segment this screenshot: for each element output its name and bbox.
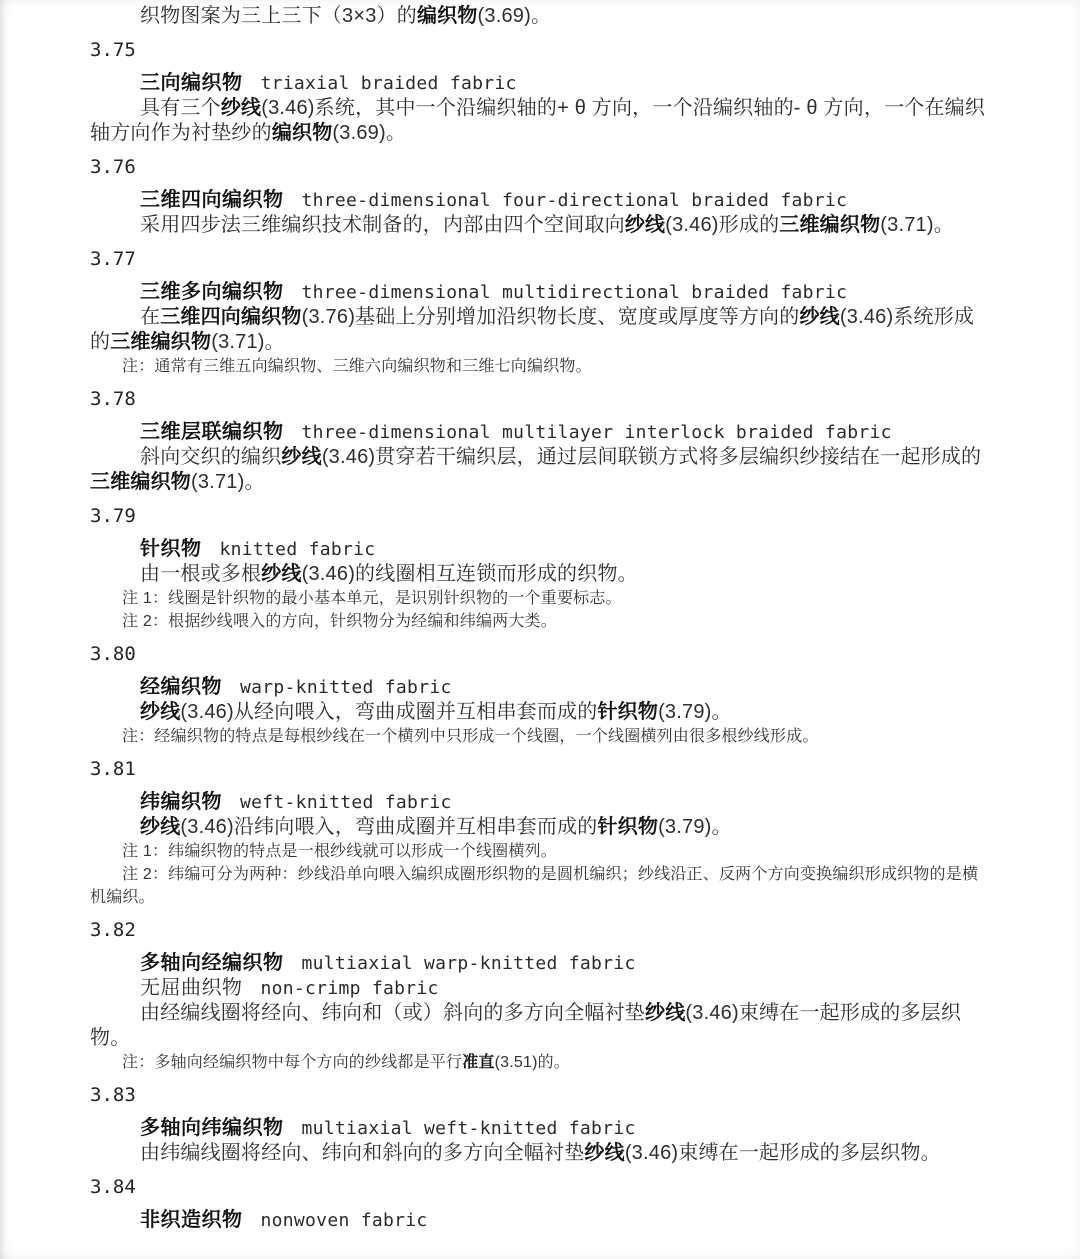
text-run: 注：通常有三维五向编织物、三维六向编织物和三维七向编织物。 — [122, 358, 592, 375]
term-headings: 针织物knitted fabric — [90, 537, 992, 562]
term-heading: 纬编织物weft-knitted fabric — [90, 790, 992, 815]
section-number: 3.75 — [90, 38, 992, 63]
term-section: 3.80 经编织物warp-knitted fabric 纱线(3.46)从经向… — [90, 642, 992, 748]
text-run: 注 1：线圈是针织物的最小基本单元，是识别针织物的一个重要标志。 — [122, 590, 622, 607]
term-en: nonwoven fabric — [261, 1210, 428, 1231]
term-heading: 三维四向编织物three-dimensional four-directiona… — [90, 188, 992, 213]
term-heading: 非织造织物nonwoven fabric — [90, 1208, 992, 1233]
term-headings: 三维四向编织物three-dimensional four-directiona… — [90, 188, 992, 213]
term-zh: 三向编织物 — [140, 72, 243, 94]
term-en: triaxial braided fabric — [261, 73, 517, 94]
note-line: 注：多轴向经编织物中每个方向的纱线都是平行准直(3.51)的。 — [90, 1051, 992, 1074]
definition-paragraphs: 具有三个纱线(3.46)系统，其中一个沿编织轴的+ θ 方向，一个沿编织轴的- … — [90, 96, 992, 146]
note-line: 注 1：纬编织物的特点是一根纱线就可以形成一个线圈横列。 — [90, 840, 992, 863]
text-run: 由经编线圈将经向、纬向和（或）斜向的多方向全幅衬垫 — [140, 1002, 645, 1024]
term-heading: 三维多向编织物three-dimensional multidirectiona… — [90, 280, 992, 305]
text-run: 由纬编线圈将经向、纬向和斜向的多方向全幅衬垫 — [140, 1142, 584, 1164]
text-run: 注 2：根据纱线喂入的方向，针织物分为经编和纬编两大类。 — [122, 613, 557, 630]
text-run: 由一根或多根 — [140, 563, 261, 585]
text-run: (3.51)的。 — [495, 1054, 570, 1071]
term-reference: 编织物 — [417, 5, 478, 27]
term-headings: 三维层联编织物three-dimensional multilayer inte… — [90, 420, 992, 445]
term-heading: 三维层联编织物three-dimensional multilayer inte… — [90, 420, 992, 445]
definition-paragraphs: 斜向交织的编织纱线(3.46)贯穿若干编织层，通过层间联锁方式将多层编织纱接结在… — [90, 445, 992, 495]
notes: 注：多轴向经编织物中每个方向的纱线都是平行准直(3.51)的。 — [90, 1051, 992, 1074]
text-run: (3.71)。 — [191, 471, 265, 493]
term-reference: 纱线 — [645, 1002, 685, 1024]
term-heading: 三向编织物triaxial braided fabric — [90, 71, 992, 96]
text-run: 注 2：纬编可分为两种：纱线沿单向喂入编织成圈形织物的是圆机编织；纱线沿正、反两… — [90, 866, 978, 906]
definition-paragraphs: 由纬编线圈将经向、纬向和斜向的多方向全幅衬垫纱线(3.46)束缚在一起形成的多层… — [90, 1141, 992, 1166]
term-en: three-dimensional multidirectional braid… — [302, 282, 848, 303]
term-reference: 纱线 — [140, 816, 180, 838]
term-en: non-crimp fabric — [261, 978, 439, 999]
term-section: 3.83 多轴向纬编织物multiaxial weft-knitted fabr… — [90, 1083, 992, 1166]
section-number: 3.81 — [90, 757, 992, 782]
text-run: 注：多轴向经编织物中每个方向的纱线都是平行 — [122, 1054, 462, 1071]
term-reference: 纱线 — [625, 214, 665, 236]
definition-paragraph: 纱线(3.46)沿纬向喂入，弯曲成圈并互相串套而成的针织物(3.79)。 — [90, 815, 992, 840]
section-number: 3.82 — [90, 918, 992, 943]
intro-paragraph: 织物图案为三上三下（3×3）的编织物(3.69)。 — [90, 4, 992, 29]
definition-paragraph: 由纬编线圈将经向、纬向和斜向的多方向全幅衬垫纱线(3.46)束缚在一起形成的多层… — [90, 1141, 992, 1166]
text-run: (3.46)从经向喂入，弯曲成圈并互相串套而成的 — [180, 701, 597, 723]
term-headings: 三维多向编织物three-dimensional multidirectiona… — [90, 280, 992, 305]
text-run: 在 — [140, 306, 160, 328]
text-run: (3.79)。 — [658, 816, 732, 838]
definition-paragraph: 纱线(3.46)从经向喂入，弯曲成圈并互相串套而成的针织物(3.79)。 — [90, 700, 992, 725]
term-en: weft-knitted fabric — [240, 792, 452, 813]
section-number: 3.78 — [90, 387, 992, 412]
text-run: 具有三个 — [140, 97, 221, 119]
term-section: 3.84 非织造织物nonwoven fabric — [90, 1175, 992, 1233]
text-run: (3.46)形成的 — [665, 214, 779, 236]
term-en: three-dimensional four-directional braid… — [302, 190, 848, 211]
definition-paragraphs: 采用四步法三维编织技术制备的，内部由四个空间取向纱线(3.46)形成的三维编织物… — [90, 213, 992, 238]
text-run: 采用四步法三维编织技术制备的，内部由四个空间取向 — [140, 214, 625, 236]
notes: 注：通常有三维五向编织物、三维六向编织物和三维七向编织物。 — [90, 355, 992, 378]
text-run: 注 1：纬编织物的特点是一根纱线就可以形成一个线圈横列。 — [122, 843, 557, 860]
definition-paragraphs: 纱线(3.46)沿纬向喂入，弯曲成圈并互相串套而成的针织物(3.79)。 — [90, 815, 992, 840]
term-section: 3.79 针织物knitted fabric 由一根或多根纱线(3.46)的线圈… — [90, 504, 992, 633]
term-heading: 针织物knitted fabric — [90, 537, 992, 562]
term-section: 3.76 三维四向编织物three-dimensional four-direc… — [90, 155, 992, 238]
note-line: 注 2：纬编可分为两种：纱线沿单向喂入编织成圈形织物的是圆机编织；纱线沿正、反两… — [90, 863, 992, 909]
term-section: 3.81 纬编织物weft-knitted fabric 纱线(3.46)沿纬向… — [90, 757, 992, 909]
term-zh: 三维四向编织物 — [140, 189, 284, 211]
term-reference: 三维编织物 — [779, 214, 880, 236]
term-section: 3.82 多轴向经编织物multiaxial warp-knitted fabr… — [90, 918, 992, 1074]
notes: 注 1：纬编织物的特点是一根纱线就可以形成一个线圈横列。注 2：纬编可分为两种：… — [90, 840, 992, 909]
term-headings: 纬编织物weft-knitted fabric — [90, 790, 992, 815]
term-headings: 经编织物warp-knitted fabric — [90, 675, 992, 700]
definition-paragraphs: 由经编线圈将经向、纬向和（或）斜向的多方向全幅衬垫纱线(3.46)束缚在一起形成… — [90, 1001, 992, 1051]
definition-paragraph: 具有三个纱线(3.46)系统，其中一个沿编织轴的+ θ 方向，一个沿编织轴的- … — [90, 96, 992, 146]
term-section: 3.77 三维多向编织物three-dimensional multidirec… — [90, 247, 992, 378]
sections-container: 3.75 三向编织物triaxial braided fabric 具有三个纱线… — [90, 38, 992, 1233]
text-run: 斜向交织的编织 — [140, 446, 281, 468]
definition-paragraph: 斜向交织的编织纱线(3.46)贯穿若干编织层，通过层间联锁方式将多层编织纱接结在… — [90, 445, 992, 495]
term-zh: 非织造织物 — [140, 1209, 243, 1231]
section-number: 3.76 — [90, 155, 992, 180]
term-reference: 纱线 — [799, 306, 839, 328]
term-reference: 准直 — [462, 1054, 494, 1071]
term-reference: 三维编织物 — [110, 331, 211, 353]
term-section: 3.75 三向编织物triaxial braided fabric 具有三个纱线… — [90, 38, 992, 146]
term-zh: 多轴向经编织物 — [140, 952, 284, 974]
text-run: (3.46)沿纬向喂入，弯曲成圈并互相串套而成的 — [180, 816, 597, 838]
text-run: 注：经编织物的特点是每根纱线在一个横列中只形成一个线圈，一个线圈横列由很多根纱线… — [122, 728, 819, 745]
term-reference: 针织物 — [597, 701, 658, 723]
term-en: warp-knitted fabric — [240, 677, 452, 698]
term-en: knitted fabric — [220, 539, 376, 560]
definition-paragraphs: 在三维四向编织物(3.76)基础上分别增加沿织物长度、宽度或厚度等方向的纱线(3… — [90, 305, 992, 355]
definition-paragraph: 采用四步法三维编织技术制备的，内部由四个空间取向纱线(3.46)形成的三维编织物… — [90, 213, 992, 238]
note-line: 注 2：根据纱线喂入的方向，针织物分为经编和纬编两大类。 — [90, 610, 992, 633]
term-reference: 三维四向编织物 — [160, 306, 301, 328]
section-number: 3.80 — [90, 642, 992, 667]
term-reference: 纱线 — [221, 97, 261, 119]
term-heading: 多轴向经编织物multiaxial warp-knitted fabric — [90, 951, 992, 976]
definition-paragraph: 由经编线圈将经向、纬向和（或）斜向的多方向全幅衬垫纱线(3.46)束缚在一起形成… — [90, 1001, 992, 1051]
term-zh: 多轴向纬编织物 — [140, 1117, 284, 1139]
term-headings: 三向编织物triaxial braided fabric — [90, 71, 992, 96]
term-reference: 针织物 — [597, 816, 658, 838]
term-zh: 经编织物 — [140, 676, 222, 698]
note-line: 注：通常有三维五向编织物、三维六向编织物和三维七向编织物。 — [90, 355, 992, 378]
definition-paragraph: 在三维四向编织物(3.76)基础上分别增加沿织物长度、宽度或厚度等方向的纱线(3… — [90, 305, 992, 355]
term-reference: 纱线 — [584, 1142, 624, 1164]
text-run: (3.69)。 — [332, 122, 406, 144]
term-en: three-dimensional multilayer interlock b… — [302, 422, 892, 443]
definition-paragraphs: 纱线(3.46)从经向喂入，弯曲成圈并互相串套而成的针织物(3.79)。 — [90, 700, 992, 725]
text-run: 织物图案为三上三下（3×3）的 — [140, 5, 417, 27]
text-run: (3.71)。 — [880, 214, 954, 236]
document-page: 织物图案为三上三下（3×3）的编织物(3.69)。 3.75 三向编织物tria… — [0, 0, 1080, 1259]
term-zh: 纬编织物 — [140, 791, 222, 813]
term-en: multiaxial weft-knitted fabric — [302, 1118, 636, 1139]
term-headings: 多轴向经编织物multiaxial warp-knitted fabric无屈曲… — [90, 951, 992, 1001]
term-heading: 经编织物warp-knitted fabric — [90, 675, 992, 700]
term-zh: 三维层联编织物 — [140, 421, 284, 443]
notes: 注：经编织物的特点是每根纱线在一个横列中只形成一个线圈，一个线圈横列由很多根纱线… — [90, 725, 992, 748]
section-number: 3.84 — [90, 1175, 992, 1200]
note-line: 注：经编织物的特点是每根纱线在一个横列中只形成一个线圈，一个线圈横列由很多根纱线… — [90, 725, 992, 748]
text-run: (3.79)。 — [658, 701, 732, 723]
term-reference: 纱线 — [261, 563, 301, 585]
text-run: (3.71)。 — [211, 331, 285, 353]
term-reference: 纱线 — [281, 446, 321, 468]
term-en: multiaxial warp-knitted fabric — [302, 953, 636, 974]
term-heading: 无屈曲织物non-crimp fabric — [90, 976, 992, 1001]
text-run: (3.46)的线圈相互连锁而形成的织物。 — [302, 563, 638, 585]
term-section: 3.78 三维层联编织物three-dimensional multilayer… — [90, 387, 992, 495]
section-number: 3.79 — [90, 504, 992, 529]
term-reference: 三维编织物 — [90, 471, 191, 493]
definition-paragraphs: 由一根或多根纱线(3.46)的线圈相互连锁而形成的织物。 — [90, 562, 992, 587]
term-reference: 编织物 — [272, 122, 333, 144]
term-zh: 三维多向编织物 — [140, 281, 284, 303]
definition-paragraph: 由一根或多根纱线(3.46)的线圈相互连锁而形成的织物。 — [90, 562, 992, 587]
text-run: (3.69)。 — [478, 5, 552, 27]
text-run: (3.46)束缚在一起形成的多层织物。 — [625, 1142, 941, 1164]
term-zh: 针织物 — [140, 538, 202, 560]
text-run: (3.76)基础上分别增加沿织物长度、宽度或厚度等方向的 — [302, 306, 800, 328]
term-headings: 多轴向纬编织物multiaxial weft-knitted fabric — [90, 1116, 992, 1141]
notes: 注 1：线圈是针织物的最小基本单元，是识别针织物的一个重要标志。注 2：根据纱线… — [90, 587, 992, 633]
term-reference: 纱线 — [140, 701, 180, 723]
note-line: 注 1：线圈是针织物的最小基本单元，是识别针织物的一个重要标志。 — [90, 587, 992, 610]
section-number: 3.83 — [90, 1083, 992, 1108]
section-number: 3.77 — [90, 247, 992, 272]
term-headings: 非织造织物nonwoven fabric — [90, 1208, 992, 1233]
text-run: (3.46)贯穿若干编织层，通过层间联锁方式将多层编织纱接结在一起形成的 — [322, 446, 981, 468]
term-zh: 无屈曲织物 — [140, 977, 243, 999]
term-heading: 多轴向纬编织物multiaxial weft-knitted fabric — [90, 1116, 992, 1141]
